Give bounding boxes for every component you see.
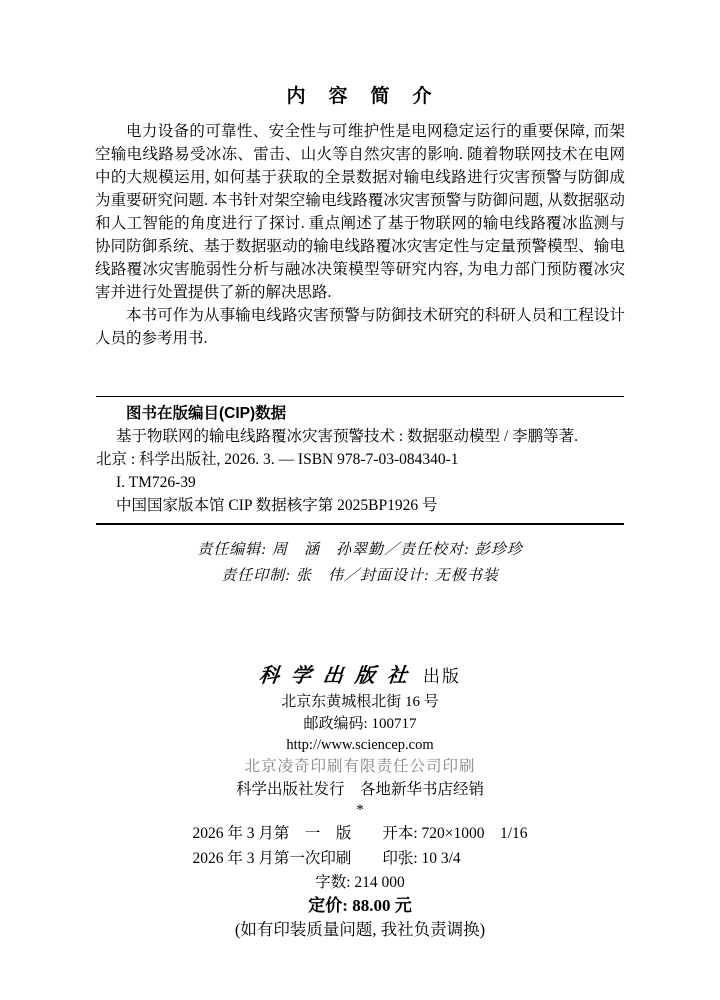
colophon: 科学出版社 出版 北京东黄城根北街 16 号 邮政编码: 100717 http…: [0, 663, 720, 942]
cip-title-line: 基于物联网的输电线路覆冰灾害预警技术 : 数据驱动模型 / 李鹏等著.: [96, 425, 624, 448]
edition-info: 2026 年 3 月第 一 版 开本: 720×1000 1/16 2026 年…: [0, 821, 720, 871]
science-press-logo: 科学出版社: [258, 663, 421, 689]
cip-publisher-line: 北京 : 科学出版社, 2026. 3. — ISBN 978-7-03-084…: [96, 448, 624, 471]
publisher-address: 北京东黄城根北街 16 号: [0, 691, 720, 713]
printer-line: 北京凌奇印刷有限责任公司印刷: [0, 755, 720, 778]
edition-line-1: 2026 年 3 月第 一 版 开本: 720×1000 1/16: [192, 821, 527, 846]
intro-summary: 电力设备的可靠性、安全性与可维护性是电网稳定运行的重要保障, 而架空输电线路易受…: [95, 120, 625, 350]
cip-classification-line: I. TM726-39: [96, 471, 624, 494]
distribution-line: 科学出版社发行 各地新华书店经销: [0, 778, 720, 802]
credits-print-design-line: 责任印制: 张 伟／封面设计: 无极书装: [0, 563, 720, 589]
quality-notice-line: (如有印装质量问题, 我社负责调换): [0, 918, 720, 942]
postal-code: 邮政编码: 100717: [0, 713, 720, 735]
word-count-line: 字数: 214 000: [0, 871, 720, 894]
cip-header: 图书在版编目(CIP)数据: [96, 402, 624, 425]
book-copyright-page: 内 容 简 介 电力设备的可靠性、安全性与可维护性是电网稳定运行的重要保障, 而…: [0, 0, 720, 1000]
cip-record-number-line: 中国国家版本馆 CIP 数据核字第 2025BP1926 号: [96, 494, 624, 517]
divider-asterisk: *: [0, 802, 720, 818]
intro-paragraph-2: 本书可作为从事输电线路灾害预警与防御技术研究的科研人员和工程设计人员的参考用书.: [95, 304, 625, 350]
publisher-website: http://www.sciencep.com: [0, 735, 720, 755]
page-title: 内 容 简 介: [0, 84, 720, 110]
edition-info-inner: 2026 年 3 月第 一 版 开本: 720×1000 1/16 2026 年…: [192, 821, 527, 871]
price-line: 定价: 88.00 元: [0, 894, 720, 918]
intro-paragraph-1: 电力设备的可靠性、安全性与可维护性是电网稳定运行的重要保障, 而架空输电线路易受…: [95, 120, 625, 304]
publisher-suffix-label: 出版: [423, 667, 461, 686]
credits-editors-line: 责任编辑: 周 涵 孙翠勤／责任校对: 彭珍珍: [0, 537, 720, 563]
edition-line-2: 2026 年 3 月第一次印刷 印张: 10 3/4: [192, 846, 527, 871]
staff-credits: 责任编辑: 周 涵 孙翠勤／责任校对: 彭珍珍 责任印制: 张 伟／封面设计: …: [0, 537, 720, 589]
publisher-logo-line: 科学出版社 出版: [0, 663, 720, 691]
cip-data-block: 图书在版编目(CIP)数据 基于物联网的输电线路覆冰灾害预警技术 : 数据驱动模…: [96, 396, 624, 525]
